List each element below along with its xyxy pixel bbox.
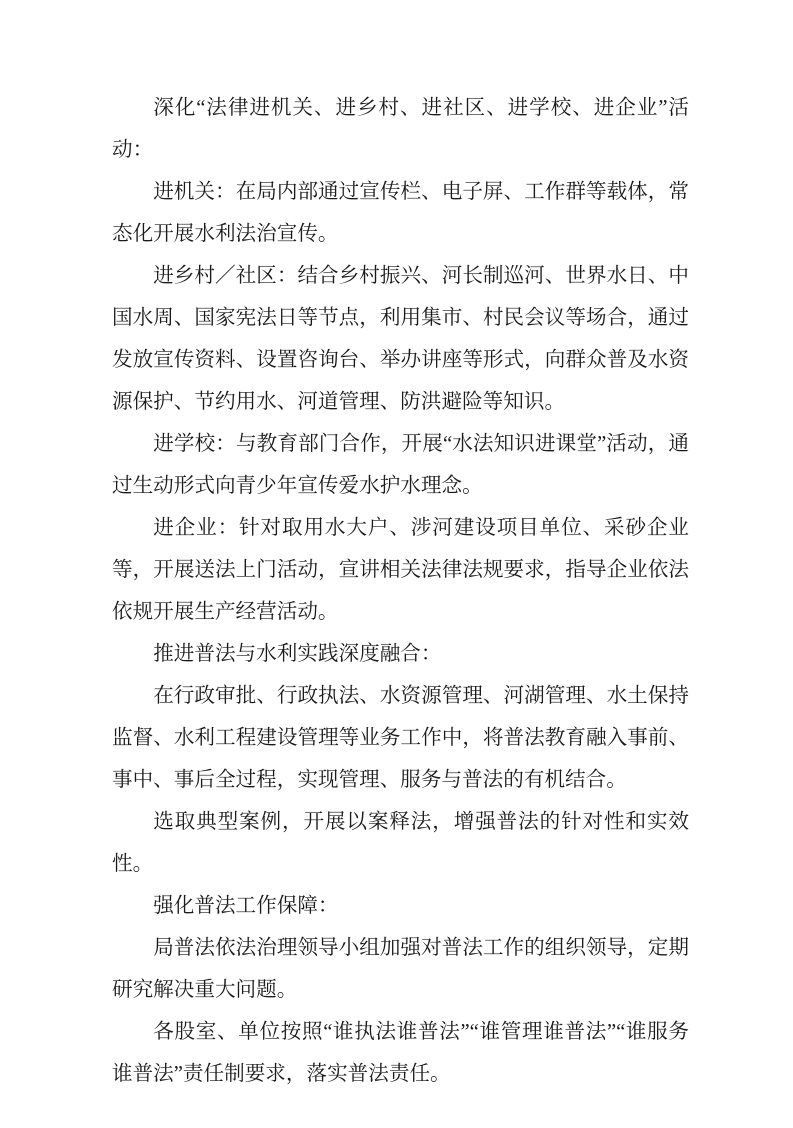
paragraph-into-enterprises: 进企业：针对取用水大户、涉河建设项目单位、采砂企业等，开展送法上门活动，宣讲相关… <box>112 507 689 633</box>
paragraph-integration-detail: 在行政审批、行政执法、水资源管理、河湖管理、水土保持监督、水利工程建设管理等业务… <box>112 675 689 801</box>
paragraph-safeguard-heading: 强化普法工作保障： <box>112 885 689 927</box>
paragraph-into-villages-communities: 进乡村／社区：结合乡村振兴、河长制巡河、世界水日、中国水周、国家宪法日等节点，利… <box>112 255 689 423</box>
paragraph-leadership-group: 局普法依法治理领导小组加强对普法工作的组织领导，定期研究解决重大问题。 <box>112 927 689 1011</box>
paragraph-law-into-five-areas-heading: 深化“法律进机关、进乡村、进社区、进学校、进企业”活动： <box>112 87 689 171</box>
document-text-body: 深化“法律进机关、进乡村、进社区、进学校、进企业”活动： 进机关：在局内部通过宣… <box>112 87 689 1095</box>
paragraph-into-schools: 进学校：与教育部门合作，开展“水法知识进课堂”活动，通过生动形式向青少年宣传爱水… <box>112 423 689 507</box>
paragraph-responsibility-system: 各股室、单位按照“谁执法谁普法”“谁管理谁普法”“谁服务谁普法”责任制要求，落实… <box>112 1011 689 1095</box>
paragraph-into-agencies: 进机关：在局内部通过宣传栏、电子屏、工作群等载体，常态化开展水利法治宣传。 <box>112 171 689 255</box>
paragraph-integration-heading: 推进普法与水利实践深度融合： <box>112 633 689 675</box>
document-page: 深化“法律进机关、进乡村、进社区、进学校、进企业”活动： 进机关：在局内部通过宣… <box>0 0 793 1128</box>
paragraph-typical-cases: 选取典型案例，开展以案释法，增强普法的针对性和实效性。 <box>112 801 689 885</box>
